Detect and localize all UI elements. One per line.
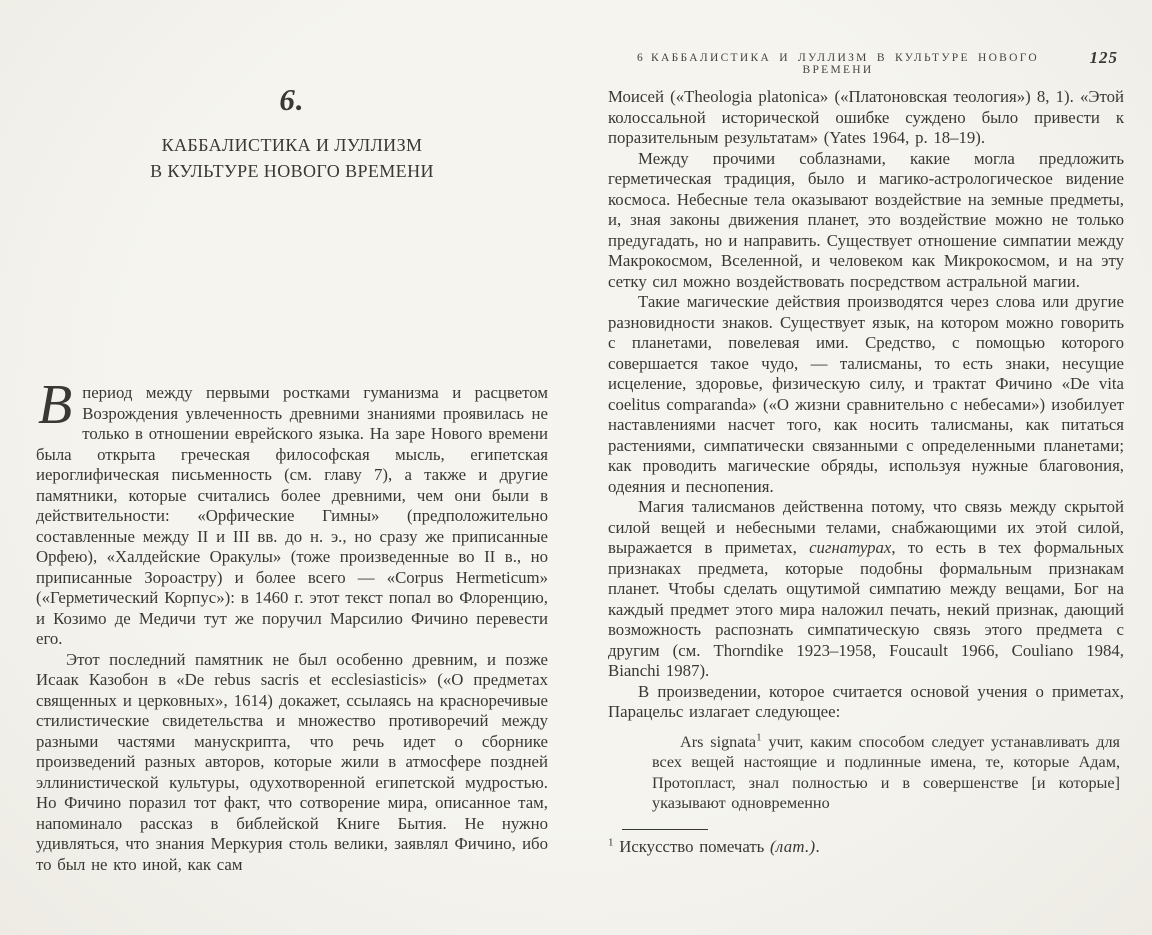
quote-lead: Ars signata: [680, 733, 756, 751]
paragraph-text: период между первыми ростками гуманизма …: [36, 383, 548, 648]
paragraph: Между прочими соблазнами, какие могла пр…: [608, 149, 1124, 293]
paragraph-intro-quote: В произведении, которое считается осново…: [608, 682, 1124, 723]
block-quote: Ars signata1 учит, каким способом следуе…: [608, 732, 1124, 814]
left-page: 6. КАББАЛИСТИКА И ЛУЛЛИЗМВ КУЛЬТУРЕ НОВО…: [36, 0, 548, 935]
chapter-number: 6.: [36, 82, 548, 118]
running-head: 6КАББАЛИСТИКА И ЛУЛЛИЗМ В КУЛЬТУРЕ НОВОГ…: [608, 52, 1124, 70]
chapter-head: 6. КАББАЛИСТИКА И ЛУЛЛИЗМВ КУЛЬТУРЕ НОВО…: [36, 82, 548, 184]
footnote-text: Искусство помечать: [614, 837, 771, 856]
running-head-title: КАББАЛИСТИКА И ЛУЛЛИЗМ В КУЛЬТУРЕ НОВОГО…: [651, 52, 1039, 76]
paragraph: Этот последний памятник не был особенно …: [36, 650, 548, 876]
italic-term: сигнатурах: [809, 538, 891, 557]
paragraph-signatures: Магия талисманов действенна потому, что …: [608, 497, 1124, 682]
footnote: 1 Искусство помечать (лат.).: [608, 837, 1124, 858]
right-page-body: Моисей («Theologia platonica» («Платонов…: [608, 87, 1124, 857]
drop-cap: В: [38, 385, 72, 426]
paragraph-continuation: Моисей («Theologia platonica» («Платонов…: [608, 87, 1124, 149]
left-page-body: Впериод между первыми ростками гуманизма…: [36, 383, 548, 875]
footnote-tail: .: [815, 837, 819, 856]
page-number: 125: [1090, 48, 1119, 68]
paragraph: Такие магические действия производятся ч…: [608, 292, 1124, 497]
chapter-title: КАББАЛИСТИКА И ЛУЛЛИЗМВ КУЛЬТУРЕ НОВОГО …: [36, 132, 548, 184]
chapter-title-line1: КАББАЛИСТИКА И ЛУЛЛИЗМ: [162, 135, 423, 155]
running-head-chapter-number: 6: [637, 52, 645, 64]
footnote-lang-note: (лат.): [770, 837, 815, 856]
right-page: 6КАББАЛИСТИКА И ЛУЛЛИЗМ В КУЛЬТУРЕ НОВОГ…: [608, 0, 1124, 935]
footnote-divider: [622, 829, 708, 830]
paragraph-text: , то есть в тех формальных признаках пре…: [608, 538, 1124, 680]
quote-text: Ars signata1 учит, каким способом следуе…: [652, 732, 1120, 814]
book-scan: 6. КАББАЛИСТИКА И ЛУЛЛИЗМВ КУЛЬТУРЕ НОВО…: [0, 0, 1152, 935]
chapter-title-line2: В КУЛЬТУРЕ НОВОГО ВРЕМЕНИ: [150, 161, 434, 181]
paragraph-opening: Впериод между первыми ростками гуманизма…: [36, 383, 548, 650]
